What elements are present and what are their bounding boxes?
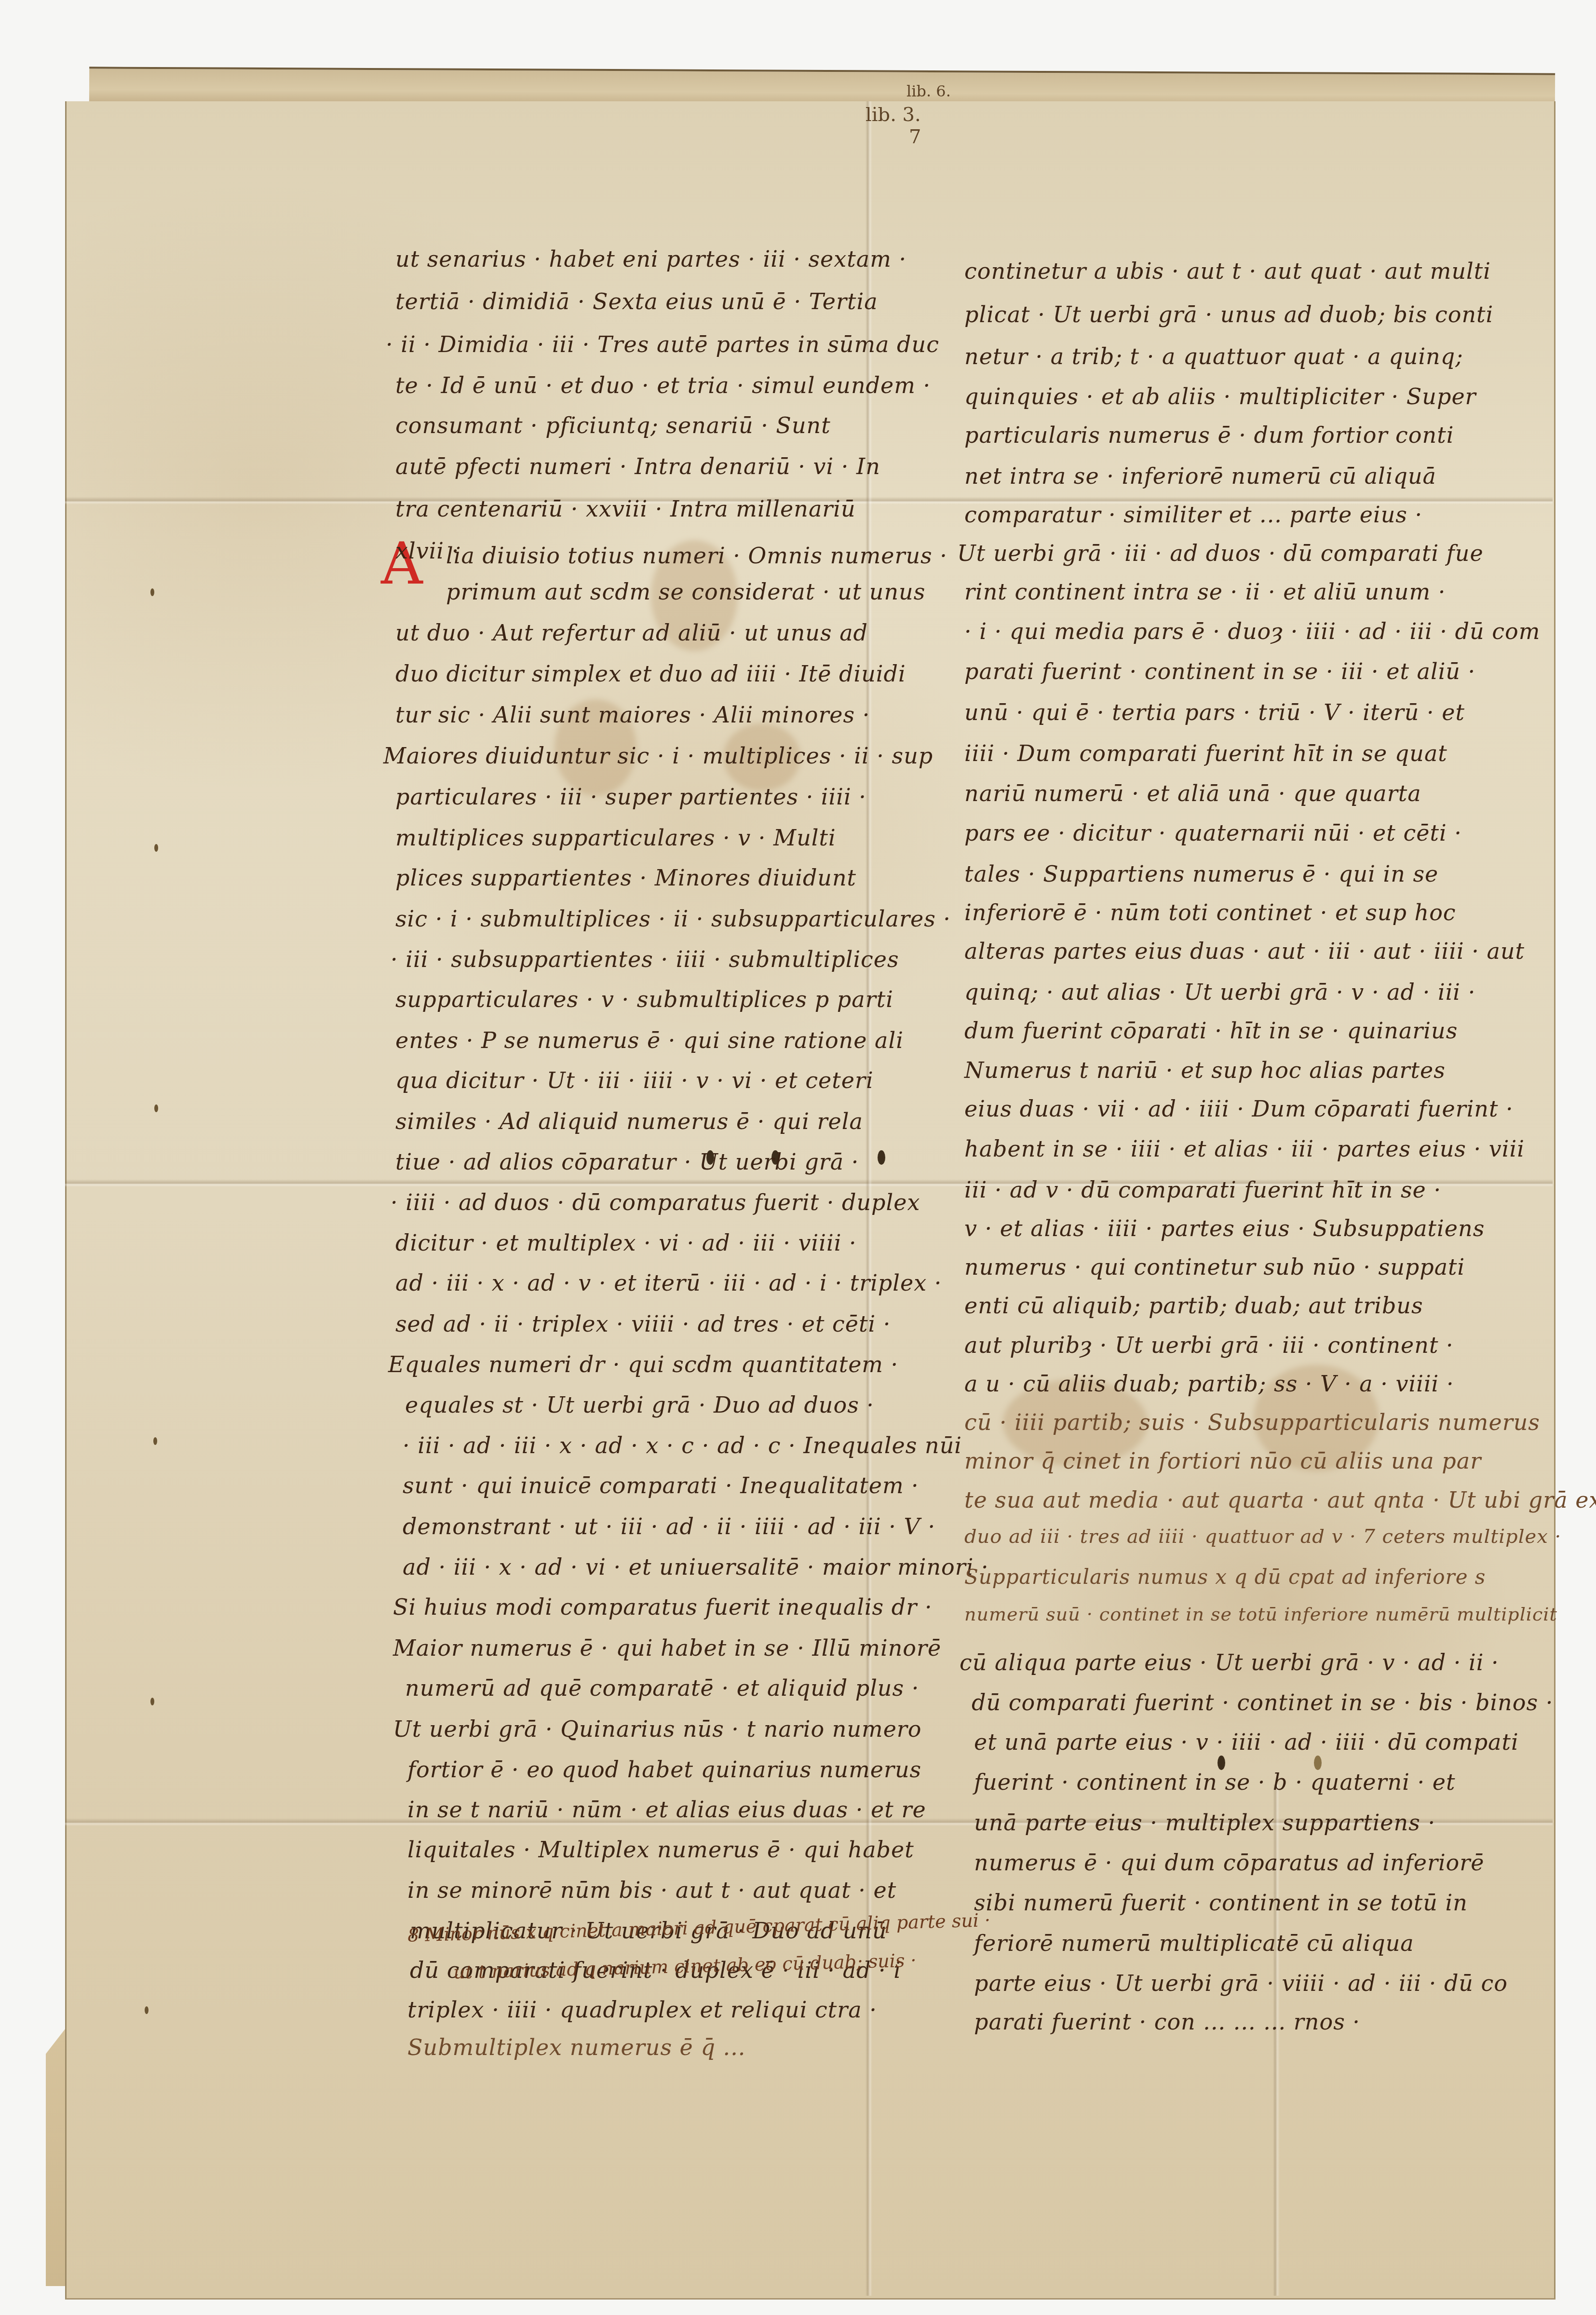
text-line: ut duo · Aut refertur ad aliū · ut unus … (395, 620, 868, 646)
text-line: entes · P se numerus ē · qui sine ration… (395, 1027, 904, 1053)
pricking-hole (145, 2006, 149, 2014)
text-line: iiii · Dum comparati fuerint hīt in se q… (964, 740, 1447, 766)
text-line: plices suppartientes · Minores diuidunt (395, 865, 856, 891)
pricking-hole (150, 588, 154, 596)
text-line: fortior ē · eo quod habet quinarius nume… (407, 1757, 921, 1783)
tear (1314, 1756, 1322, 1770)
text-line: continetur a ubis · aut t · aut quat · a… (964, 258, 1491, 284)
text-line: a u · cū aliis duab; partib; ss · V · a … (964, 1371, 1454, 1397)
text-line: ut senarius · habet eni partes · iii · s… (395, 246, 906, 272)
text-line: parati fuerint · con ... ... ... rnos · (974, 2009, 1360, 2035)
text-line: Submultiplex numerus ē q̄ ... (407, 2034, 745, 2060)
text-line: quinquies · et ab aliis · multipliciter … (964, 383, 1476, 409)
text-line: inferiorē ē · nūm toti continet · et sup… (964, 899, 1456, 926)
text-line: tur sic · Alii sunt maiores · Alii minor… (395, 702, 870, 728)
text-line: lia diuisio totius numeri · Omnis numeru… (446, 543, 947, 569)
text-line: sic · i · submultiplices · ii · subsuppa… (395, 906, 951, 932)
text-line: supparticulares · v · submultiplices p p… (395, 986, 893, 1012)
text-line: ad · iii · x · ad · vi · et uniuersalitē… (403, 1554, 989, 1580)
text-line: Numerus t nariū · et sup hoc alias parte… (964, 1057, 1446, 1083)
text-line: numerū suū · continet in se totū inferio… (964, 1604, 1557, 1625)
text-line: dū comparati fuerint · continet in se · … (972, 1689, 1553, 1716)
text-line: particulares · iii · super partientes · … (395, 784, 866, 810)
text-line: Ut uerbi grā · Quinarius nūs · t nario n… (393, 1716, 922, 1742)
text-line: cū · iiii partib; suis · Subsupparticula… (964, 1409, 1540, 1435)
text-line: qua dicitur · Ut · iii · iiii · v · vi ·… (395, 1067, 874, 1093)
text-line: in se minorē nūm bis · aut t · aut quat … (407, 1877, 896, 1903)
text-line: numerū ad quē comparatē · et aliquid plu… (405, 1675, 919, 1701)
text-line: Maiores diuiduntur sic · i · multiplices… (383, 743, 933, 769)
text-line: fuerint · continent in se · b · quaterni… (974, 1769, 1456, 1795)
text-line: tiue · ad alios cōparatur · Ut uerbi grā… (395, 1149, 859, 1175)
text-line: consumant · pficiuntq; senariū · Sunt (395, 412, 831, 438)
text-line: parte eius · Ut uerbi grā · viiii · ad ·… (974, 1970, 1508, 1996)
pricking-hole (150, 1698, 154, 1705)
text-line: numerus ē · qui dum cōparatus ad inferio… (974, 1850, 1485, 1876)
pricking-hole (153, 1437, 157, 1445)
worm-hole (878, 1150, 885, 1165)
text-line: unū · qui ē · tertia pars · triū · V · i… (964, 699, 1465, 725)
text-line: particularis numerus ē · dum fortior con… (964, 422, 1454, 448)
text-line: · ii · Dimidia · iii · Tres autē partes … (386, 331, 939, 357)
text-line: ad · iii · x · ad · v · et iterū · iii ·… (395, 1270, 942, 1296)
text-line: demonstrant · ut · iii · ad · ii · iiii … (403, 1513, 935, 1539)
text-line: equales st · Ut uerbi grā · Duo ad duos … (405, 1392, 874, 1418)
text-line: netur · a trib; t · a quattuor quat · a … (964, 343, 1463, 369)
text-line: alteras partes eius duas · aut · iii · a… (964, 938, 1525, 964)
text-line: unā parte eius · multiplex suppartiens · (974, 1810, 1435, 1836)
text-line: Maior numerus ē · qui habet in se · Illū… (393, 1635, 941, 1661)
text-line: autē pfecti numeri · Intra denariū · vi … (395, 453, 880, 479)
text-line: et unā parte eius · v · iiii · ad · iiii… (974, 1729, 1519, 1755)
text-line: feriorē numerū multiplicatē cū aliqua (974, 1930, 1414, 1956)
text-line: plicat · Ut uerbi grā · unus ad duob; bi… (964, 301, 1493, 327)
strip-shelfmark: lib. 6. (906, 82, 951, 100)
text-line: Equales numeri dr · qui scdm quantitatem… (388, 1351, 898, 1377)
text-line: dum fuerint cōparati · hīt in se · quina… (964, 1018, 1458, 1044)
text-line: duo ad iii · tres ad iiii · quattuor ad … (964, 1525, 1561, 1548)
text-line: habent in se · iiii · et alias · iii · p… (964, 1136, 1525, 1162)
text-line: · i · qui media pars ē · duoȝ · iiii · a… (964, 618, 1540, 644)
pricking-hole (154, 1104, 158, 1112)
text-line: cū aliqua parte eius · Ut uerbi grā · v … (960, 1649, 1499, 1675)
text-line: primum aut scdm se considerat · ut unus (446, 579, 925, 605)
text-line: tales · Suppartiens numerus ē · qui in s… (964, 861, 1438, 887)
text-line: minor q̄ cinet in fortiori nūo cū aliis … (964, 1448, 1481, 1474)
text-line: Ut uerbi grā · iii · ad duos · dū compar… (957, 540, 1484, 566)
text-line: tra centenariū · xxviii · Intra millenar… (395, 496, 856, 522)
text-line: sibi numerū fuerit · continent in se tot… (974, 1890, 1468, 1916)
text-line: sunt · qui inuicē comparati · Inequalita… (403, 1472, 919, 1498)
pricking-hole (154, 844, 158, 852)
text-line: · iiii · ad duos · dū comparatus fuerit … (391, 1189, 920, 1215)
text-line: similes · Ad aliquid numerus ē · qui rel… (395, 1108, 863, 1134)
text-line: multiplices supparticulares · v · Multi (395, 825, 836, 851)
text-line: pars ee · dicitur · quaternarii nūi · et… (964, 820, 1462, 846)
text-line: · iii · ad · iii · x · ad · x · c · ad ·… (403, 1432, 962, 1458)
text-line: Si huius modi comparatus fuerit inequali… (393, 1594, 933, 1620)
text-line: nariū numerū · et aliā unā · que quarta (964, 780, 1421, 806)
text-line: v · et alias · iiii · partes eius · Subs… (964, 1215, 1485, 1241)
text-line: comparatur · similiter et ... parte eius… (964, 502, 1422, 528)
tear (1217, 1756, 1225, 1770)
text-line: tertiā · dimidiā · Sexta eius unū ē · Te… (395, 288, 878, 314)
text-line: dicitur · et multiplex · vi · ad · iii ·… (395, 1230, 857, 1256)
shelfmark: lib. 3. 7 (866, 104, 921, 148)
text-line: te · Id ē unū · et duo · et tria · simul… (395, 372, 931, 398)
text-line: parati fuerint · continent in se · iii ·… (964, 658, 1475, 684)
text-line: aut pluribȝ · Ut uerbi grā · iii · conti… (964, 1332, 1454, 1358)
text-line: triplex · iiii · quadruplex et reliqui c… (407, 1997, 877, 2023)
text-line: Supparticularis numus x q dū cpat ad inf… (964, 1565, 1486, 1589)
text-line: duo dicitur simplex et duo ad iiii · Itē… (395, 661, 906, 687)
text-line: liquitales · Multiplex numerus ē · qui h… (407, 1837, 914, 1863)
text-line: quinq; · aut alias · Ut uerbi grā · v · … (964, 979, 1475, 1005)
text-line: net intra se · inferiorē numerū cū aliqu… (964, 463, 1436, 489)
text-line: te sua aut media · aut quarta · aut qnta… (964, 1487, 1596, 1513)
text-line: enti cū aliquib; partib; duab; aut tribu… (964, 1293, 1423, 1319)
text-line: sed ad · ii · triplex · viiii · ad tres … (395, 1311, 891, 1337)
text-line: iii · ad v · dū comparati fuerint hīt in… (964, 1177, 1441, 1203)
text-line: rint continent intra se · ii · et aliū u… (964, 579, 1446, 605)
text-line: in se t nariū · nūm · et alias eius duas… (407, 1797, 926, 1823)
text-line: numerus · qui continetur sub nūo · suppa… (964, 1254, 1465, 1280)
text-line: eius duas · vii · ad · iiii · Dum cōpara… (964, 1096, 1514, 1122)
text-line: · iii · subsuppartientes · iiii · submul… (391, 946, 899, 972)
